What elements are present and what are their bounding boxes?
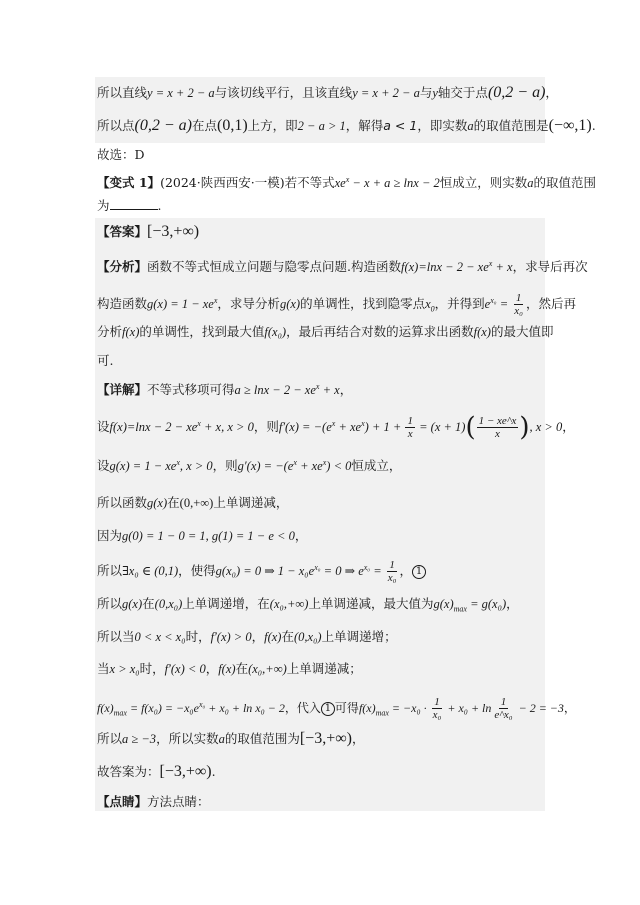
text: 的单调性，找到最大值 [139,324,264,339]
text: ，代入 [285,701,321,715]
analysis-line-3: 分析f(x)的单调性，找到最大值f(x₀)，最后再结合对数的运算求出函数f(x)… [97,323,553,341]
analysis-label: 【分析】 [97,259,147,274]
text: 设 [97,458,110,473]
formula: f(x)max = f(x₀) = −x₀ex₀ + x₀ + ln x₀ − … [97,701,285,715]
text: ，则 [213,458,238,473]
text: ，则 [254,419,279,434]
fraction: 1x₀ [431,696,444,721]
detail-line-4: 所以函数g(x)在(0,+∞)上单调递减， [97,494,288,512]
formula: (0,+∞) [180,496,214,510]
text: ， [352,731,365,746]
text: 上单调递减， [213,495,288,510]
formula: (0,x₀) [155,597,183,611]
analysis-line-4: 可. [97,352,113,370]
formula: g(x₀) = 0 ⇒ 1 − x₀ex₀ = 0 ⇒ ex₀ = [216,564,385,578]
formula: f(x) [218,662,235,676]
formula: + x₀ + ln [444,701,491,715]
detail-line-8: 所以当0 < x < x₀时，f′(x) > 0，f(x)在(0,x₀)上单调递… [97,628,397,646]
detail-label: 【详解】 [97,382,147,397]
text: 可得 [335,701,359,715]
detail-line-2: 设f(x)=lnx − 2 − xex + x, x > 0，则f′(x) = … [97,415,575,440]
formula: a ≥ −3 [122,732,156,746]
text: ，解得 [346,118,384,133]
paren-close: ) [519,413,529,443]
text: ，并得到 [435,296,485,311]
formula: f′(x) = −(ex + xex) + 1 + [279,420,405,434]
formula: , x > 0 [530,420,563,434]
text: . [592,118,596,133]
answer-blank [110,198,158,210]
text: ， [564,701,576,715]
text: ，即实数 [417,118,467,133]
detail-line-7: 所以g(x)在(0,x₀)上单调递增，在(x₀,+∞)上单调递减，最大值为g(x… [97,595,519,613]
answer-line: 【答案】[−3,+∞) [97,223,199,241]
formula: f(x)=lnx − 2 − xex + x, x > 0 [110,420,254,434]
text: ， [295,528,308,543]
text: 不等式移项可得 [147,382,235,397]
circled-number-1: 1 [321,702,335,716]
analysis-line-2: 构造函数g(x) = 1 − xex，求导分析g(x)的单调性，找到隐零点x0，… [97,292,576,317]
detail-line-3: 设g(x) = 1 − xex, x > 0，则g′(x) = −(ex + x… [97,457,401,475]
text: 的取值范围 [534,175,597,190]
analysis-line-1: 【分析】函数不等式恒成立问题与隐零点问题.构造函数f(x)=lnx − 2 − … [97,258,588,276]
text: 恒成立，则实数 [440,175,528,190]
detail-line-1: 【详解】不等式移项可得a ≥ lnx − 2 − xex + x， [97,381,352,399]
formula: xex − x + a ≥ lnx − 2 [335,176,440,190]
formula: = (x + 1) [416,420,466,434]
text: . [212,764,216,779]
text: 时， [186,629,211,644]
text: 轴交于点 [438,85,488,100]
formula: [−3,+∞) [160,763,212,780]
formula: f(x₀) [264,325,286,339]
formula: (x₀,+∞) [248,662,287,676]
text: 所以 [97,731,122,746]
text: 设 [97,419,110,434]
text: 所以当 [97,629,135,644]
circled-number-1: 1 [412,565,426,579]
formula: f(x) [264,630,281,644]
text: 上方，即 [248,118,298,133]
text: ， [545,85,558,100]
detail-line-12: 故答案为：[−3,+∞). [97,763,216,781]
text: 故答案为： [97,764,160,779]
text: 上单调递增，在 [182,596,270,611]
text: 的单调性，找到隐零点 [300,296,425,311]
formula: f(x) [474,325,491,339]
text: 当 [97,661,110,676]
text: 在 [281,629,294,644]
text: 在 [236,661,249,676]
text: 与该切线平行，且该直线 [215,85,353,100]
text: 与 [420,85,433,100]
variant-problem-line-2: 为. [97,197,162,215]
variant-label: 【变式 1】 [97,175,160,190]
comment-text: 方法点睛： [147,794,210,809]
formula: (0,1) [217,117,248,134]
formula: f(x)=lnx − 2 − xex + x [401,260,513,274]
formula: f′(x) < 0 [165,662,206,676]
text: 所以函数 [97,495,147,510]
comment-line: 【点睛】方法点睛： [97,793,210,811]
detail-line-10: f(x)max = f(x₀) = −x₀ex₀ + x₀ + ln x₀ − … [97,696,576,721]
formula: a ≥ lnx − 2 − xex + x [235,383,340,397]
text: ，使得 [178,563,216,578]
formula: (−∞,1) [549,117,592,134]
text: ，所以实数 [156,731,219,746]
text: 的取值范围是 [474,118,549,133]
fraction: 1e^x₀ [492,696,514,721]
text: 构造函数 [97,296,147,311]
formula: [−3,+∞) [300,730,352,747]
formula: 2 − a > 1 [298,119,346,133]
text: 的取值范围为 [225,731,300,746]
formula: y = x + 2 − a [352,86,420,100]
text: 所以 [97,563,122,578]
paren-open: ( [465,413,475,443]
formula: g(0) = 1 − 0 = 1, g(1) = 1 − e < 0 [122,529,295,543]
formula: f′(x) > 0 [211,630,252,644]
fraction: 1x₀ [512,292,525,317]
fraction: 1x₀ [386,559,399,584]
text: 时， [140,661,165,676]
formula: − 2 = −3 [516,701,564,715]
choice-text: 故选：D [97,147,145,162]
formula: 0 < x < x₀ [135,630,186,644]
text: ， [562,419,575,434]
text: 若不等式 [285,175,335,190]
text: . [158,198,162,213]
formula: y = x + 2 − a [147,86,215,100]
formula: ∃x₀ ∈ (0,1) [122,564,178,578]
text: 为 [97,198,110,213]
formula: x > x₀ [110,662,140,676]
text: 函数不等式恒成立问题与隐零点问题.构造函数 [147,259,401,274]
variant-problem-line-1: 【变式 1】(2024·陕西西安·一模)若不等式xex − x + a ≥ ln… [97,174,596,192]
text: 恒成立， [351,458,401,473]
fraction: 1 − xe^xx [477,415,519,440]
detail-line-6: 所以∃x₀ ∈ (0,1)，使得g(x₀) = 0 ⇒ 1 − x₀ex₀ = … [97,559,426,584]
text: 分析 [97,324,122,339]
text: 可. [97,353,113,368]
formula: g(x) = 1 − xex [147,297,217,311]
text: 上单调递增； [322,629,397,644]
text: ，求导后再次 [513,259,588,274]
formula: g(x) [122,597,142,611]
formula: g′(x) = −(ex + xex) < 0 [238,459,352,473]
text: 的最大值即 [491,324,554,339]
comment-label: 【点睛】 [97,794,147,809]
prev-solution-line-1: 所以直线y = x + 2 − a与该切线平行，且该直线y = x + 2 − … [97,84,558,102]
text: 所以直线 [97,85,147,100]
text: 因为 [97,528,122,543]
formula: x0 [425,297,435,311]
formula: g(x) [147,496,167,510]
formula: ex₀ = [485,297,512,311]
formula: g(x) = 1 − xex, x > 0 [110,459,213,473]
text: ， [400,563,413,578]
text: 在 [142,596,155,611]
fraction: 1x [405,415,415,440]
prev-solution-line-2: 所以点(0,2 − a)在点(0,1)上方，即2 − a > 1，解得a < 1… [97,117,596,135]
text: 所以 [97,596,122,611]
detail-line-5: 因为g(0) = 1 − 0 = 1, g(1) = 1 − e < 0， [97,527,307,545]
formula: g(x) [280,297,300,311]
formula: f(x)max = −x₀ · [359,701,430,715]
text: 所以点 [97,118,135,133]
formula: g(x)max = g(x₀) [434,597,507,611]
choice-line: 故选：D [97,146,145,164]
text: ， [206,661,219,676]
text: ，求导分析 [217,296,280,311]
formula: (0,2 − a) [488,84,545,101]
formula: (x₀,+∞) [270,597,309,611]
text: ， [340,382,353,397]
detail-line-11: 所以a ≥ −3，所以实数a的取值范围为[−3,+∞)， [97,730,364,748]
text: 在点 [192,118,217,133]
formula: (0,2 − a) [135,117,192,134]
answer-value: [−3,+∞) [147,223,199,240]
text: 在 [167,495,180,510]
detail-line-9: 当x > x₀时，f′(x) < 0，f(x)在(x₀,+∞)上单调递减； [97,660,362,678]
text: ，然后再 [526,296,576,311]
answer-label: 【答案】 [97,224,147,239]
text: ， [506,596,519,611]
text: ， [252,629,265,644]
variant-source: (2024·陕西西安·一模) [160,175,285,190]
formula: f(x) [122,325,139,339]
formula: a < 1 [383,118,417,133]
formula: (0,x₀) [294,630,322,644]
text: ，最后再结合对数的运算求出函数 [286,324,474,339]
text: 上单调递减，最大值为 [308,596,433,611]
text: 上单调递减； [287,661,362,676]
